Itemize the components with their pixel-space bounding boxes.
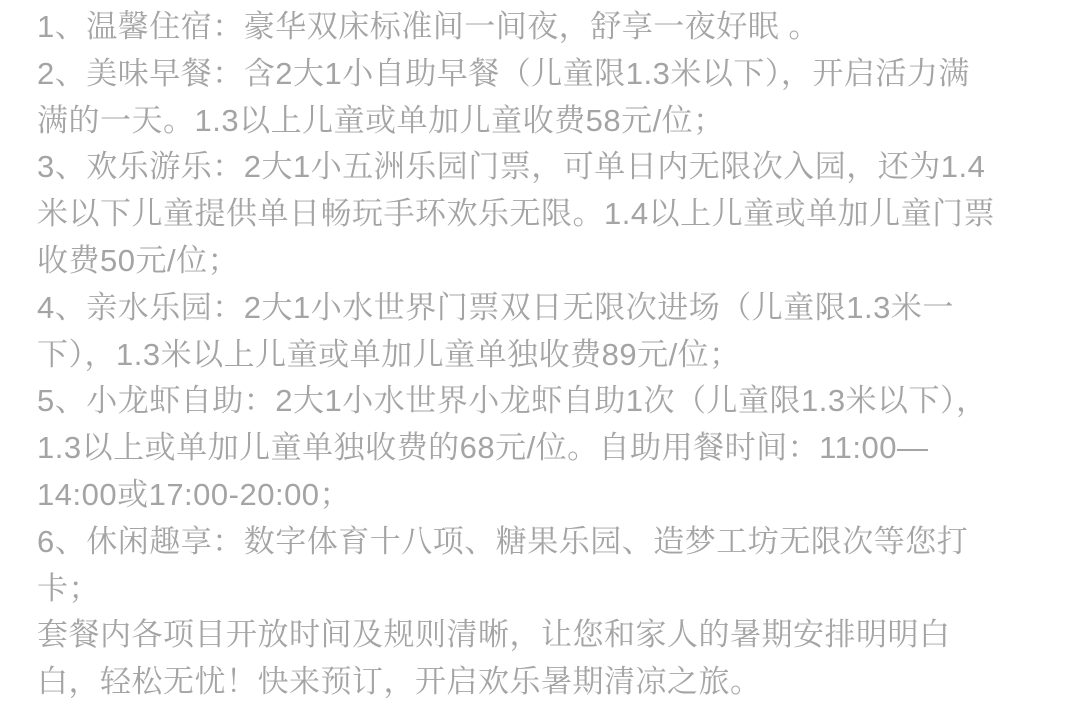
text-line-item3-amusement-cont2: 收费50元/位；	[37, 238, 1052, 285]
text-line-item1-accommodation: 1、温馨住宿：豪华双床标准间一间夜，舒享一夜好眠 。	[37, 4, 1052, 51]
text-line-closing-remark-cont: 白，轻松无忧！快来预订，开启欢乐暑期清凉之旅。	[37, 659, 1052, 701]
text-line-item2-breakfast: 2、美味早餐：含2大1小自助早餐（儿童限1.3米以下），开启活力满	[37, 51, 1052, 98]
package-description-text: 1、温馨住宿：豪华双床标准间一间夜，舒享一夜好眠 。 2、美味早餐：含2大1小自…	[0, 0, 1080, 701]
text-line-item6-leisure-cont: 卡；	[37, 566, 1052, 613]
text-line-closing-remark: 套餐内各项目开放时间及规则清晰，让您和家人的暑期安排明明白	[37, 612, 1052, 659]
text-line-item4-waterpark: 4、亲水乐园：2大1小水世界门票双日无限次进场（儿童限1.3米一	[37, 285, 1052, 332]
text-line-item3-amusement: 3、欢乐游乐：2大1小五洲乐园门票，可单日内无限次入园，还为1.4	[37, 144, 1052, 191]
text-line-item5-crayfish-buffet-cont2: 14:00或17:00-20:00；	[37, 472, 1052, 519]
text-line-item5-crayfish-buffet-cont1: 1.3以上或单加儿童单独收费的68元/位。自助用餐时间：11:00—	[37, 425, 1052, 472]
text-line-item3-amusement-cont1: 米以下儿童提供单日畅玩手环欢乐无限。1.4以上儿童或单加儿童门票	[37, 191, 1052, 238]
text-line-item6-leisure: 6、休闲趣享：数字体育十八项、糖果乐园、造梦工坊无限次等您打	[37, 519, 1052, 566]
text-line-item2-breakfast-cont: 满的一天。1.3以上儿童或单加儿童收费58元/位；	[37, 98, 1052, 145]
package-description-page: 1、温馨住宿：豪华双床标准间一间夜，舒享一夜好眠 。 2、美味早餐：含2大1小自…	[0, 0, 1080, 701]
text-line-item4-waterpark-cont: 下），1.3米以上儿童或单加儿童单独收费89元/位；	[37, 332, 1052, 379]
text-line-item5-crayfish-buffet: 5、小龙虾自助：2大1小水世界小龙虾自助1次（儿童限1.3米以下），	[37, 378, 1052, 425]
